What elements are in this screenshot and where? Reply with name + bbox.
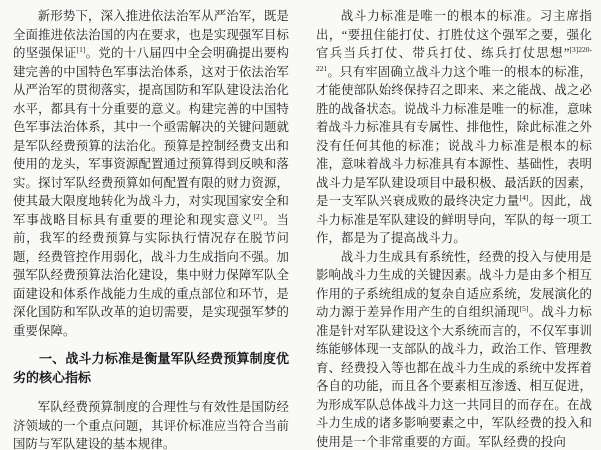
citation-ref-2: [2] [254, 211, 263, 220]
body-text: 。只有牢固确立战斗力这个唯一的根本的标准，才能使部队始终保持召之即来、来之能战、… [316, 65, 592, 209]
paragraph-combat-standard: 战斗力标准是唯一的根本的标准。习主席指出，“要扭住能打仗、打胜仗这个强军之要，强… [316, 7, 592, 248]
paragraph-introduction: 新形势下，深入推进依法治军从严治军，既是全面推进依法治国的内在要求，也是实现强军… [13, 7, 289, 340]
body-text: 。党的十八届四中全会明确提出要构建完善的中国特色军事法治体系，这对于依法治军从严… [13, 46, 289, 227]
left-column: 新形势下，深入推进依法治军从严治军，既是全面推进依法治国的内在要求，也是实现强军… [13, 7, 289, 450]
body-text: 。当前，我军的经费预算与实际执行情况存在脱节问题，经费管控作用弱化，战斗力生成指… [13, 213, 289, 338]
paragraph-combat-system: 战斗力生成具有系统性，经费的投入与使用是影响战斗力生成的关键因素。战斗力是由多个… [316, 248, 592, 450]
body-text: 。战斗力标准是针对军队建设这个大系统而言的，不仅军事训练能够体现一支部队的战斗力… [316, 305, 592, 449]
right-column: 战斗力标准是唯一的根本的标准。习主席指出，“要扭住能打仗、打胜仗这个强军之要，强… [316, 7, 592, 450]
paragraph-section1-intro: 军队经费预算制度的合理性与有效性是国防经济领域的一个重点问题，其评价标准应当符合… [13, 398, 289, 450]
body-text: 战斗力标准是唯一的根本的标准。习主席指出，“要扭住能打仗、打胜仗这个强军之要，强… [316, 9, 592, 60]
section-heading-1: 一、战斗力标准是衡量军队经费预算制度优劣的核心指标 [13, 349, 289, 387]
document-page: 新形势下，深入推进依法治军从严治军，既是全面推进依法治国的内在要求，也是实现强军… [0, 0, 601, 450]
